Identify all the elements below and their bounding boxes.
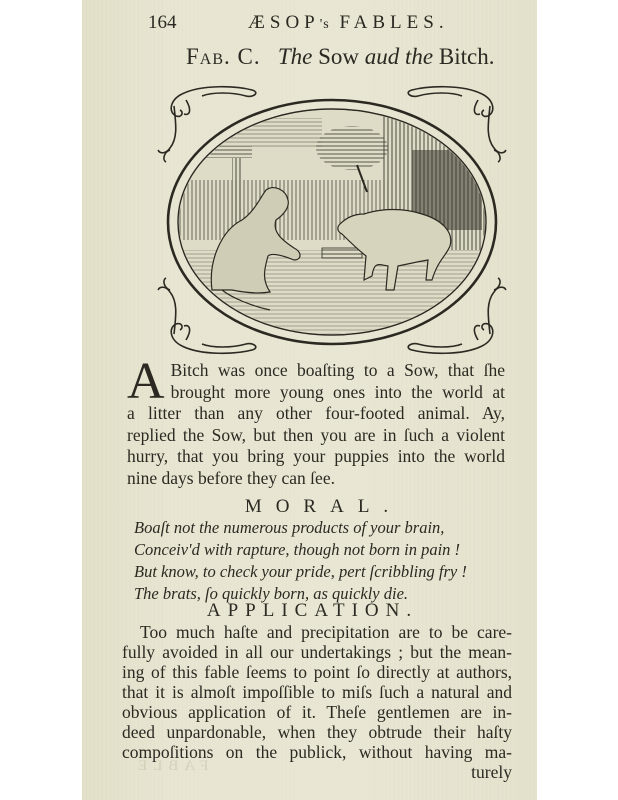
title-prefix: ÆSOP — [248, 12, 320, 33]
page-number: 164 — [148, 12, 177, 34]
application-line: fully avoided in all our undertakings ; … — [122, 642, 512, 662]
fable-number: Fab. C. — [186, 44, 261, 69]
verse-line: Conceiv'd with rapture, though not born … — [134, 539, 514, 561]
body-line: a litter than any other four-footed anim… — [127, 403, 505, 425]
application-line: ing of this fable ſeems to point ſo dire… — [122, 662, 512, 682]
application-line: deed unpardonable, when they obtrude the… — [122, 722, 512, 742]
fable-title-italic-1: The — [278, 44, 313, 69]
verse-line: But know, to check your pride, pert ſcri… — [134, 561, 514, 583]
application-line: Too much haſte and precipitation are to … — [122, 622, 512, 642]
fable-title-roman-1: Sow — [318, 44, 359, 69]
woodcut-illustration — [142, 80, 522, 360]
book-page: 164 ÆSOP's FABLES. Fab. C. The Sow aud t… — [82, 0, 537, 800]
application-line: that it is almoſt impoſſible to miſs ſuc… — [122, 682, 512, 702]
application-line: obvious application of it. Theſe gentlem… — [122, 702, 512, 722]
running-head-title: ÆSOP's FABLES. — [248, 12, 449, 34]
body-line: replied the Sow, but then you are in ſuc… — [127, 425, 505, 447]
moral-verse: Boaſt not the numerous products of your … — [134, 517, 514, 605]
body-line: Bitch was once boaſting to a Sow, that ſ… — [127, 360, 505, 382]
title-suffix: FABLES. — [339, 12, 448, 33]
fable-title-italic-2: aud the — [365, 44, 433, 69]
verse-line: Boaſt not the numerous products of your … — [134, 517, 514, 539]
fable-title: Fab. C. The Sow aud the Bitch. — [186, 44, 494, 70]
body-line: nine days before they can ſee. — [127, 468, 505, 490]
running-head: 164 ÆSOP's FABLES. — [148, 12, 477, 36]
body-line: brought more young ones into the world a… — [127, 382, 505, 404]
show-through-text: FABLE — [132, 758, 208, 775]
fable-body: A Bitch was once boaſting to a Sow, that… — [127, 360, 505, 489]
application-heading: APPLICATION. — [82, 600, 537, 622]
body-line: hurry, that you bring your puppies into … — [127, 446, 505, 468]
drop-cap: A — [127, 362, 165, 402]
fable-title-roman-2: Bitch. — [439, 44, 495, 69]
moral-heading: MORAL. — [82, 496, 537, 518]
title-possessive: 's — [320, 17, 330, 32]
